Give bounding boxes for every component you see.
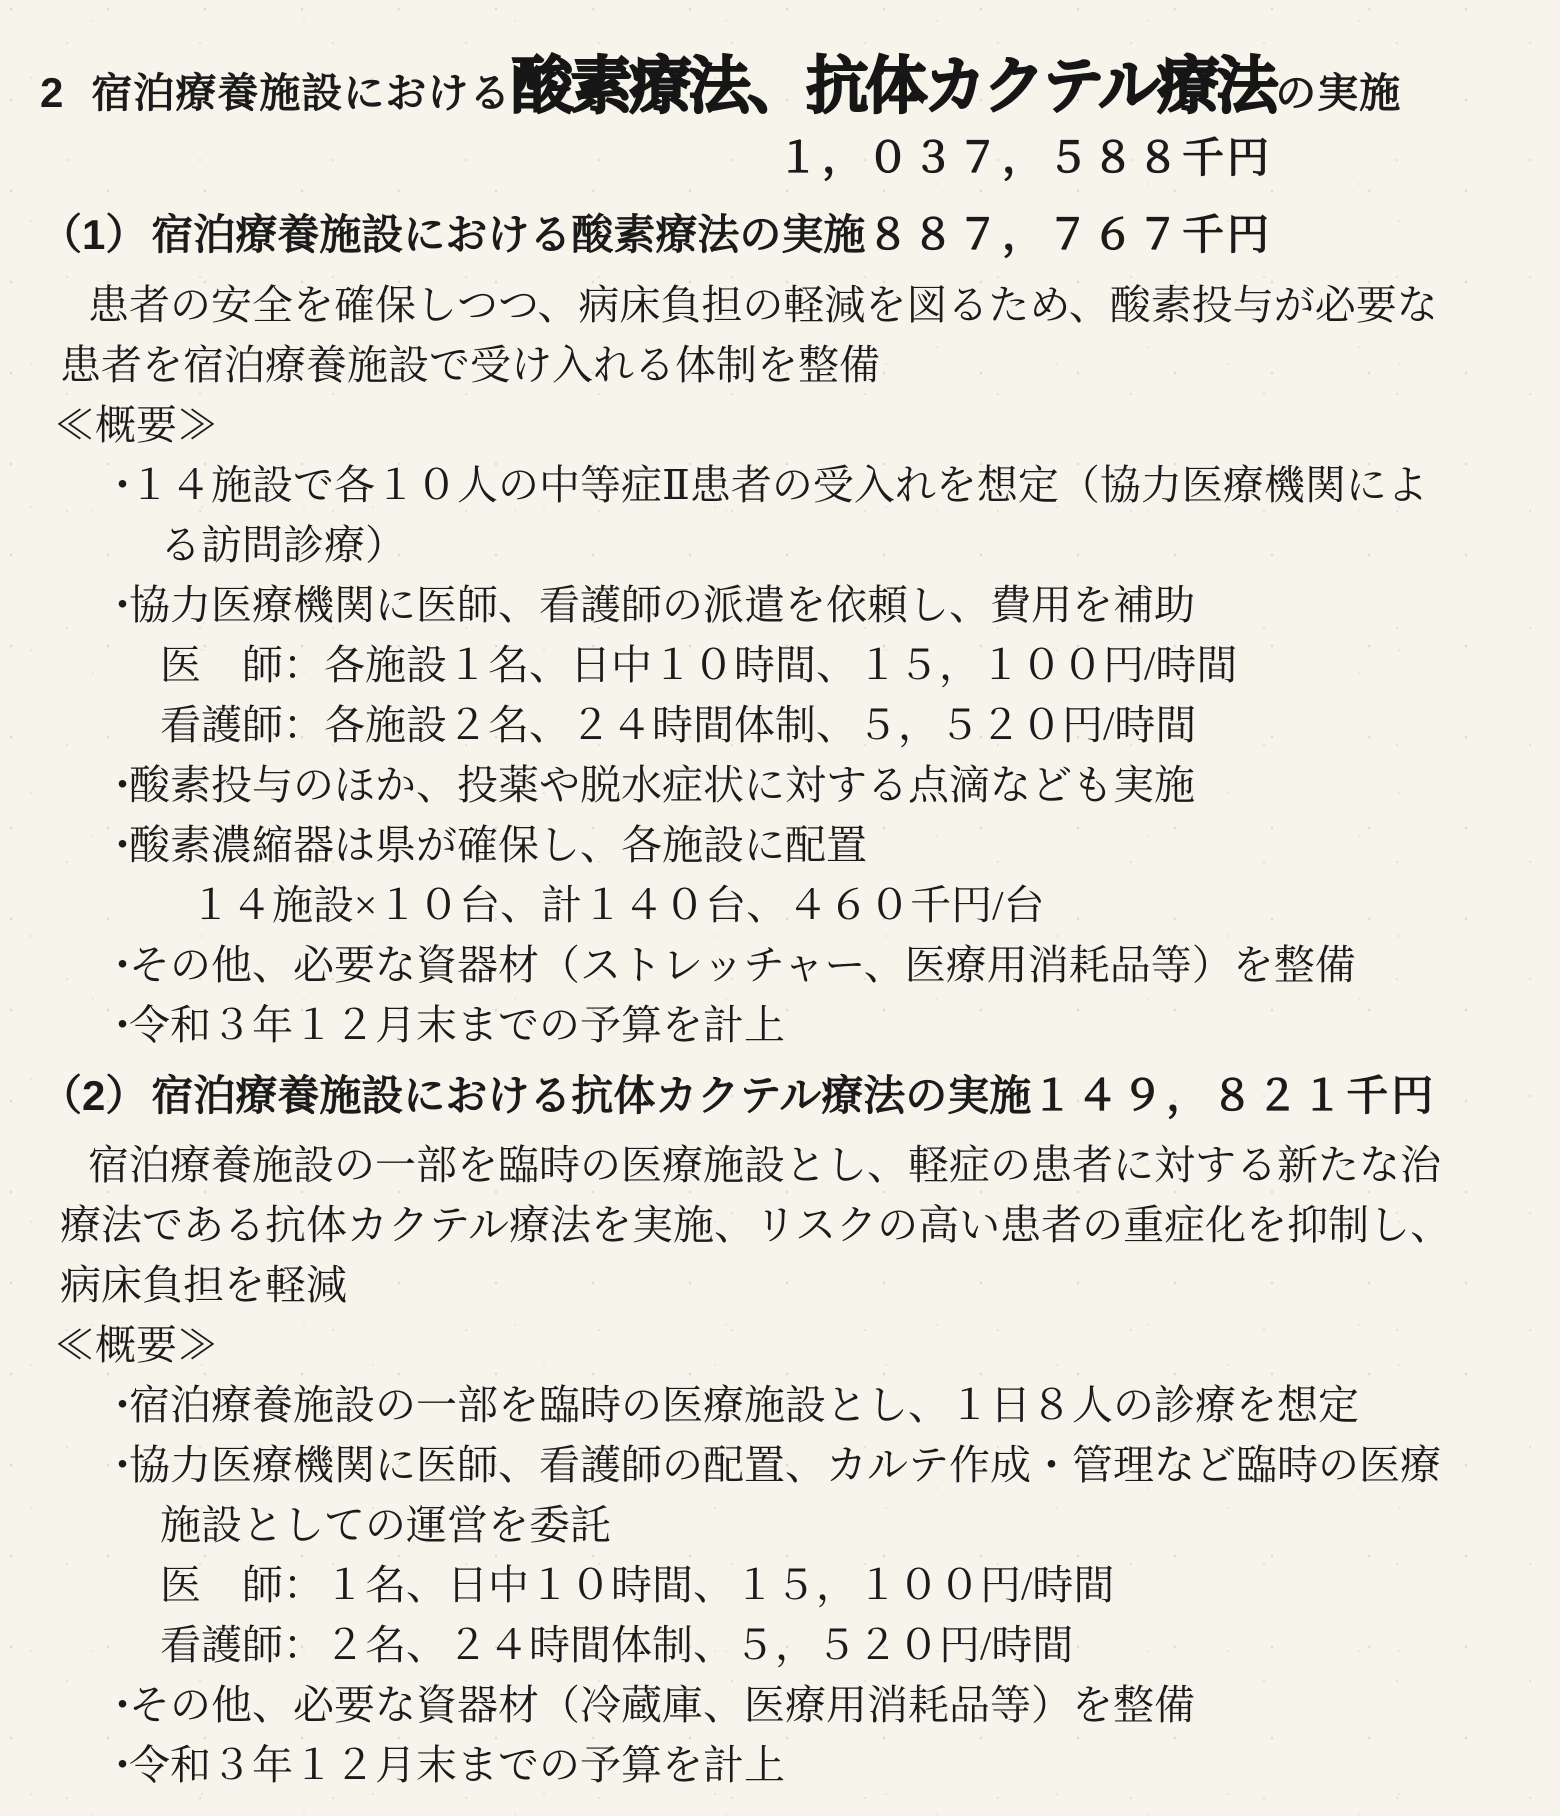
bullet-marker: ・	[102, 935, 129, 995]
bullet-marker: ・	[102, 815, 129, 875]
bullet-marker: ・	[102, 455, 129, 515]
bullet-text: 令和３年１２月末までの予算を計上	[129, 1742, 785, 1788]
section-1-amount: ８８７，７６７千円	[867, 210, 1272, 260]
bullet-item: ・酸素投与のほか、投薬や脱水症状に対する点滴なども実施	[40, 755, 1272, 815]
bullet-item: ・宿泊療養施設の一部を臨時の医療施設とし、１日８人の診療を想定	[40, 1375, 1272, 1435]
section-2-body: 宿泊療養施設の一部を臨時の医療施設とし、軽症の患者に対する新たな治 療法である抗…	[40, 1135, 1272, 1795]
bullet-marker: ・	[102, 995, 129, 1055]
section-2-heading-row: （2） 宿泊療養施設における抗体カクテル療法の実施 １４９，８２１千円	[40, 1071, 1272, 1121]
overview-label: ≪概要≫	[40, 395, 1272, 455]
document-title: 2宿泊療養施設における酸素療法、抗体カクテル療法の実施	[40, 56, 1272, 126]
bullet-item: ・１４施設で各１０人の中等症Ⅱ患者の受入れを想定（協力医療機関によ	[40, 455, 1272, 515]
bullet-text: その他、必要な資器材（冷蔵庫、医療用消耗品等）を整備	[129, 1682, 1195, 1728]
section-2-label: （2）	[40, 1071, 147, 1121]
overview-label: ≪概要≫	[40, 1315, 1272, 1375]
scanned-budget-document: 2宿泊療養施設における酸素療法、抗体カクテル療法の実施 １，０３７，５８８千円 …	[0, 0, 1560, 1816]
bullet-text: 酸素濃縮器は県が確保し、各施設に配置	[129, 822, 867, 868]
bullet-item: ・その他、必要な資器材（ストレッチャー、医療用消耗品等）を整備	[40, 935, 1272, 995]
detail-line-doctor: 医 師：各施設１名、日中１０時間、１５，１００円/時間	[40, 635, 1272, 695]
detail-line-units: １４施設×１０台、計１４０台、４６０千円/台	[40, 875, 1272, 935]
intro-line: 宿泊療養施設の一部を臨時の医療施設とし、軽症の患者に対する新たな治	[40, 1135, 1272, 1195]
detail-line-nurse: 看護師：各施設２名、２４時間体制、５，５２０円/時間	[40, 695, 1272, 755]
bullet-marker: ・	[102, 1375, 129, 1435]
bullet-text: 酸素投与のほか、投薬や脱水症状に対する点滴なども実施	[129, 762, 1195, 808]
section-antibody-cocktail-therapy: （2） 宿泊療養施設における抗体カクテル療法の実施 １４９，８２１千円 宿泊療養…	[40, 1071, 1272, 1795]
section-2-title: 宿泊療養施設における抗体カクテル療法の実施	[151, 1071, 1031, 1121]
bullet-text: 宿泊療養施設の一部を臨時の医療施設とし、１日８人の診療を想定	[129, 1382, 1359, 1428]
bullet-item: ・令和３年１２月末までの予算を計上	[40, 1735, 1272, 1795]
bullet-item: ・その他、必要な資器材（冷蔵庫、医療用消耗品等）を整備	[40, 1675, 1272, 1735]
intro-line: 療法である抗体カクテル療法を実施、リスクの高い患者の重症化を抑制し、	[40, 1195, 1272, 1255]
title-section-number: 2	[40, 69, 63, 116]
bullet-text: １４施設で各１０人の中等症Ⅱ患者の受入れを想定（協力医療機関によ	[129, 462, 1428, 508]
bullet-marker: ・	[102, 1435, 129, 1495]
section-1-heading-row: （1） 宿泊療養施設における酸素療法の実施 ８８７，７６７千円	[40, 210, 1272, 260]
intro-line: 患者を宿泊療養施設で受け入れる体制を整備	[40, 335, 1272, 395]
bullet-item: ・協力医療機関に医師、看護師の派遣を依頼し、費用を補助	[40, 575, 1272, 635]
section-1-body: 患者の安全を確保しつつ、病床負担の軽減を図るため、酸素投与が必要な 患者を宿泊療…	[40, 275, 1272, 1055]
bullet-item: ・酸素濃縮器は県が確保し、各施設に配置	[40, 815, 1272, 875]
section-oxygen-therapy: （1） 宿泊療養施設における酸素療法の実施 ８８７，７６７千円 患者の安全を確保…	[40, 210, 1272, 1054]
bullet-text: 協力医療機関に医師、看護師の配置、カルテ作成・管理など臨時の医療	[129, 1442, 1441, 1488]
intro-line: 患者の安全を確保しつつ、病床負担の軽減を図るため、酸素投与が必要な	[40, 275, 1272, 335]
title-prefix: 宿泊療養施設における	[91, 70, 511, 116]
bullet-item: ・令和３年１２月末までの予算を計上	[40, 995, 1272, 1055]
section-1-label: （1）	[40, 210, 147, 260]
bullet-item: ・協力医療機関に医師、看護師の配置、カルテ作成・管理など臨時の医療	[40, 1435, 1272, 1495]
bullet-text-continued: る訪問診療）	[40, 515, 1272, 575]
detail-line-nurse: 看護師：２名、２４時間体制、５，５２０円/時間	[40, 1615, 1272, 1675]
document-content: 2宿泊療養施設における酸素療法、抗体カクテル療法の実施 １，０３７，５８８千円 …	[40, 56, 1272, 1795]
total-budget-amount: １，０３７，５８８千円	[40, 134, 1272, 182]
title-emphasis: 酸素療法、抗体カクテル療法	[511, 52, 1275, 121]
bullet-marker: ・	[102, 1735, 129, 1795]
detail-line-doctor: 医 師：１名、日中１０時間、１５，１００円/時間	[40, 1555, 1272, 1615]
bullet-marker: ・	[102, 755, 129, 815]
bullet-text: 協力医療機関に医師、看護師の派遣を依頼し、費用を補助	[129, 582, 1195, 628]
intro-line: 病床負担を軽減	[40, 1255, 1272, 1315]
section-1-title: 宿泊療養施設における酸素療法の実施	[151, 210, 865, 260]
bullet-text: その他、必要な資器材（ストレッチャー、医療用消耗品等）を整備	[129, 942, 1356, 988]
bullet-marker: ・	[102, 1675, 129, 1735]
title-suffix: の実施	[1275, 70, 1401, 116]
section-2-amount: １４９，８２１千円	[1031, 1071, 1436, 1121]
bullet-marker: ・	[102, 575, 129, 635]
bullet-text: 令和３年１２月末までの予算を計上	[129, 1002, 785, 1048]
bullet-text-continued: 施設としての運営を委託	[40, 1495, 1272, 1555]
